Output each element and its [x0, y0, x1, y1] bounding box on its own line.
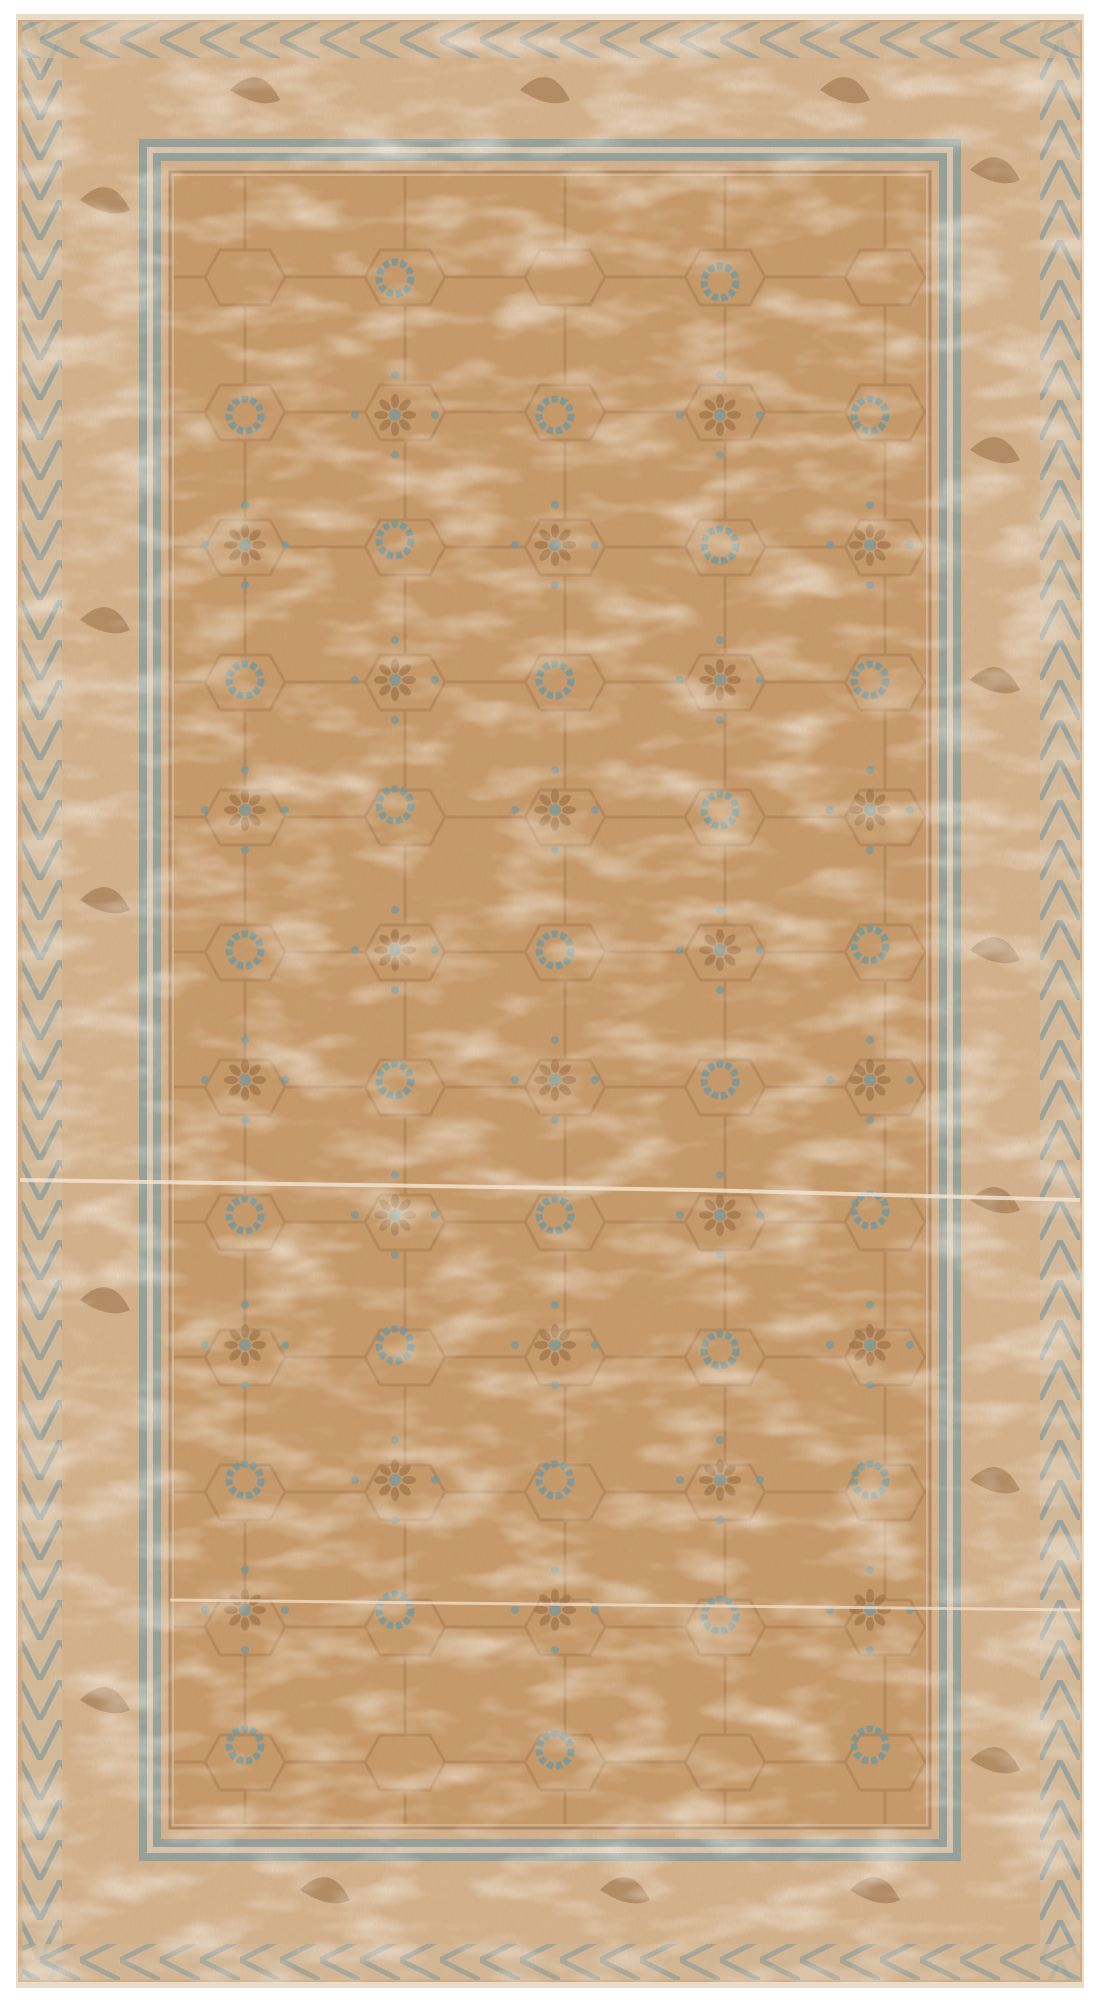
- rug-image: [0, 0, 1100, 2000]
